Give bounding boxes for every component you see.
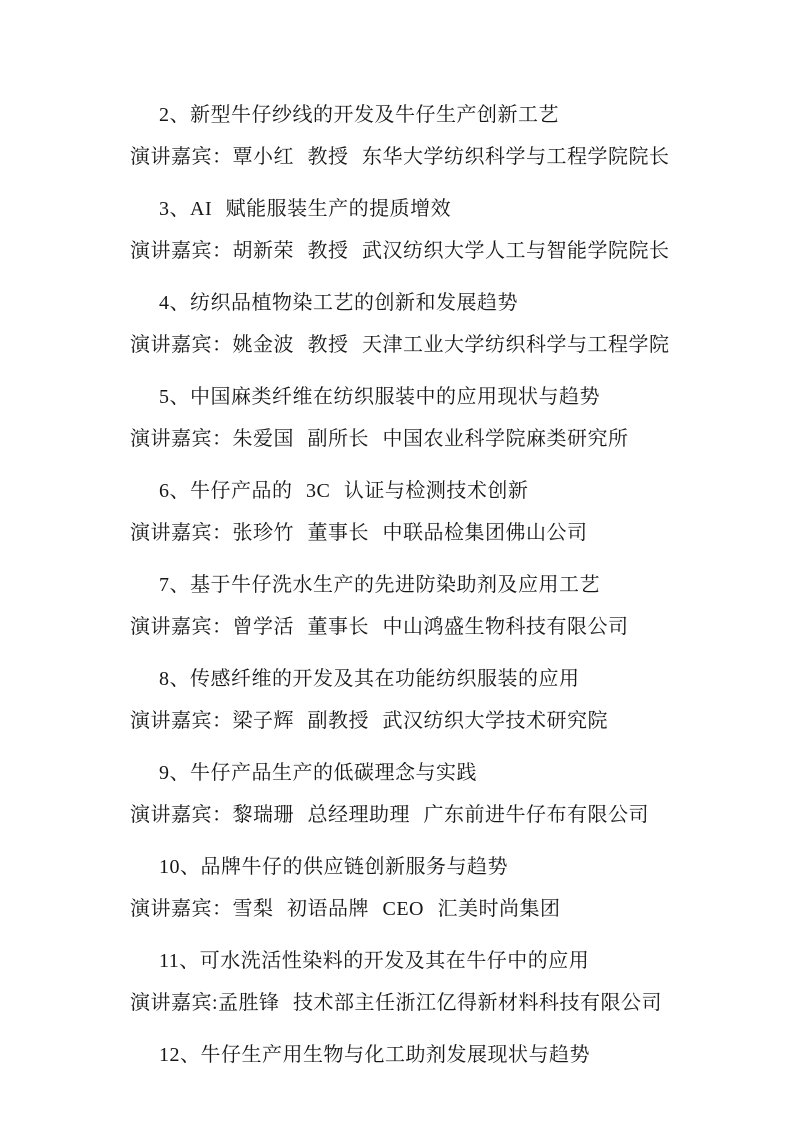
topic-line: 5、中国麻类纤维在纺织服装中的应用现状与趋势: [130, 387, 710, 408]
agenda-item: 8、传感纤维的开发及其在功能纺织服装的应用 演讲嘉宾：梁子辉 副教授 武汉纺织大…: [130, 669, 710, 732]
agenda-list: 2、新型牛仔纱线的开发及牛仔生产创新工艺 演讲嘉宾：覃小红 教授 东华大学纺织科…: [130, 105, 710, 1087]
speaker-line: 演讲嘉宾：黎瑞珊 总经理助理 广东前进牛仔布有限公司: [130, 805, 710, 826]
topic-line: 11、可水洗活性染料的开发及其在牛仔中的应用: [130, 951, 710, 972]
speaker-line: 演讲嘉宾:孟胜锋 技术部主任浙江亿得新材料科技有限公司: [130, 993, 710, 1014]
agenda-item: 11、可水洗活性染料的开发及其在牛仔中的应用 演讲嘉宾:孟胜锋 技术部主任浙江亿…: [130, 951, 710, 1014]
speaker-line: 演讲嘉宾：张珍竹 董事长 中联品检集团佛山公司: [130, 523, 710, 544]
speaker-line: 演讲嘉宾：曾学活 董事长 中山鸿盛生物科技有限公司: [130, 617, 710, 638]
agenda-item: 9、牛仔产品生产的低碳理念与实践 演讲嘉宾：黎瑞珊 总经理助理 广东前进牛仔布有…: [130, 763, 710, 826]
agenda-item: 3、AI 赋能服装生产的提质增效 演讲嘉宾：胡新荣 教授 武汉纺织大学人工与智能…: [130, 199, 710, 262]
topic-line: 6、牛仔产品的 3C 认证与检测技术创新: [130, 481, 710, 502]
speaker-line: 演讲嘉宾：梁子辉 副教授 武汉纺织大学技术研究院: [130, 711, 710, 732]
topic-line: 9、牛仔产品生产的低碳理念与实践: [130, 763, 710, 784]
agenda-item: 12、牛仔生产用生物与化工助剂发展现状与趋势: [130, 1045, 710, 1066]
agenda-item: 5、中国麻类纤维在纺织服装中的应用现状与趋势 演讲嘉宾：朱爱国 副所长 中国农业…: [130, 387, 710, 450]
speaker-line: 演讲嘉宾：朱爱国 副所长 中国农业科学院麻类研究所: [130, 429, 710, 450]
topic-line: 8、传感纤维的开发及其在功能纺织服装的应用: [130, 669, 710, 690]
speaker-line: 演讲嘉宾：姚金波 教授 天津工业大学纺织科学与工程学院: [130, 335, 710, 356]
agenda-item: 10、品牌牛仔的供应链创新服务与趋势 演讲嘉宾：雪梨 初语品牌 CEO 汇美时尚…: [130, 857, 710, 920]
document-page: 2、新型牛仔纱线的开发及牛仔生产创新工艺 演讲嘉宾：覃小红 教授 东华大学纺织科…: [0, 0, 794, 1121]
speaker-line: 演讲嘉宾：覃小红 教授 东华大学纺织科学与工程学院院长: [130, 147, 710, 168]
agenda-item: 6、牛仔产品的 3C 认证与检测技术创新 演讲嘉宾：张珍竹 董事长 中联品检集团…: [130, 481, 710, 544]
topic-line: 2、新型牛仔纱线的开发及牛仔生产创新工艺: [130, 105, 710, 126]
topic-line: 3、AI 赋能服装生产的提质增效: [130, 199, 710, 220]
speaker-line: 演讲嘉宾：雪梨 初语品牌 CEO 汇美时尚集团: [130, 899, 710, 920]
topic-line: 7、基于牛仔洗水生产的先进防染助剂及应用工艺: [130, 575, 710, 596]
agenda-item: 4、纺织品植物染工艺的创新和发展趋势 演讲嘉宾：姚金波 教授 天津工业大学纺织科…: [130, 293, 710, 356]
topic-line: 12、牛仔生产用生物与化工助剂发展现状与趋势: [130, 1045, 710, 1066]
speaker-line: 演讲嘉宾：胡新荣 教授 武汉纺织大学人工与智能学院院长: [130, 241, 710, 262]
topic-line: 4、纺织品植物染工艺的创新和发展趋势: [130, 293, 710, 314]
agenda-item: 7、基于牛仔洗水生产的先进防染助剂及应用工艺 演讲嘉宾：曾学活 董事长 中山鸿盛…: [130, 575, 710, 638]
agenda-item: 2、新型牛仔纱线的开发及牛仔生产创新工艺 演讲嘉宾：覃小红 教授 东华大学纺织科…: [130, 105, 710, 168]
topic-line: 10、品牌牛仔的供应链创新服务与趋势: [130, 857, 710, 878]
